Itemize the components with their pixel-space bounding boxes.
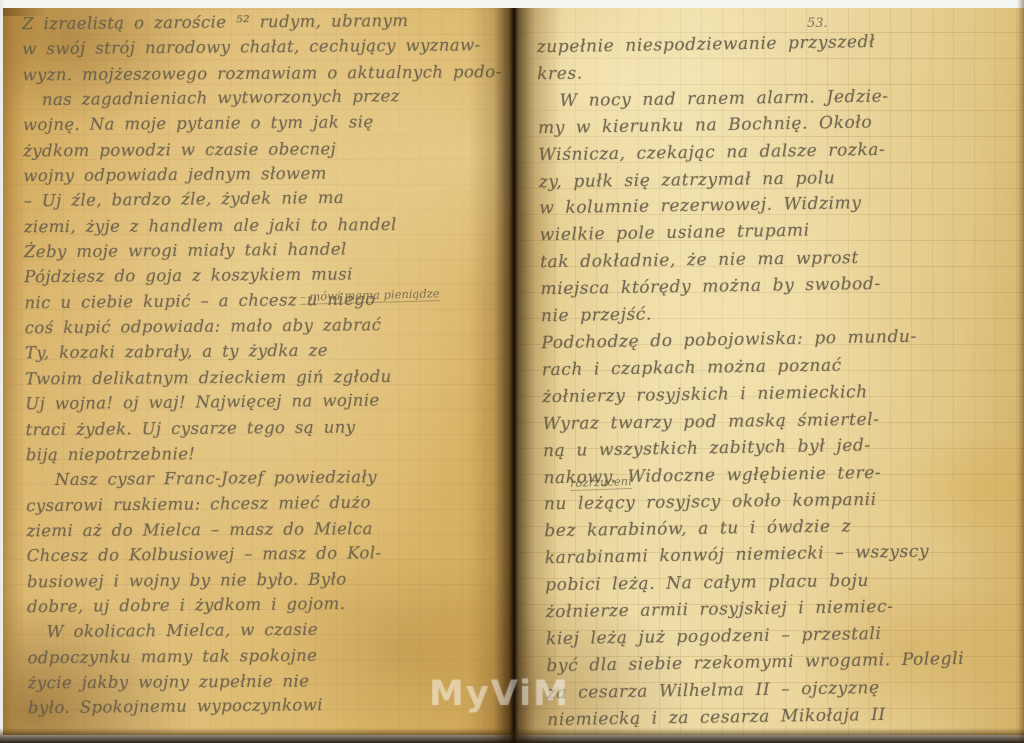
- handwriting-line: nas zagadnieniach wytworzonych przez: [23, 82, 512, 113]
- diary-right-page: 53. zupełnie niespodziewanie przyszedłkr…: [512, 7, 1024, 735]
- handwriting-line: Uj wojna! oj waj! Najwięcej na wojnie: [25, 386, 512, 417]
- handwriting-line: ziemi aż do Mielca – masz do Mielca: [26, 515, 512, 544]
- handwriting-line: cysarowi ruskiemu: chcesz mieć dużo: [26, 487, 512, 518]
- handwriting-line: Ty, kozaki zabrały, a ty żydka ze: [25, 336, 512, 366]
- handwriting-line: ziemi, żyje z handlem ale jaki to handel: [24, 211, 512, 240]
- handwriting-line: w swój strój narodowy chałat, cechujący …: [22, 32, 512, 62]
- handwriting-line: dobre, uj dobre i żydkom i gojom.: [27, 589, 512, 620]
- diary-left-page: Z izraelistą o zaroście ⁵² rudym, ubrany…: [0, 7, 512, 735]
- handwriting-line: żydkom powodzi w czasie obecnej: [23, 135, 512, 164]
- right-page-text: zupełnie niespodziewanie przyszedłkres. …: [537, 26, 1024, 734]
- handwriting-line: wojnę. Na moje pytanie o tym jak się: [23, 108, 512, 138]
- diary-scan: Z izraelistą o zaroście ⁵² rudym, ubrany…: [0, 0, 1024, 743]
- handwriting-line: traci żydek. Uj cysarze tego są uny: [25, 412, 512, 442]
- handwriting-line: odpoczynku mamy tak spokojne: [27, 640, 512, 670]
- watermark: MyViM: [429, 674, 570, 714]
- left-page-text: Z izraelistą o zaroście ⁵² rudym, ubrany…: [22, 7, 512, 721]
- interlinear-correction: rozrzuceni: [570, 474, 632, 491]
- page-number: 53.: [807, 16, 828, 31]
- handwriting-line: – Uj źle, bardzo źle, żydek nie ma: [23, 183, 512, 214]
- handwriting-line: biją niepotrzebnie!: [26, 439, 512, 468]
